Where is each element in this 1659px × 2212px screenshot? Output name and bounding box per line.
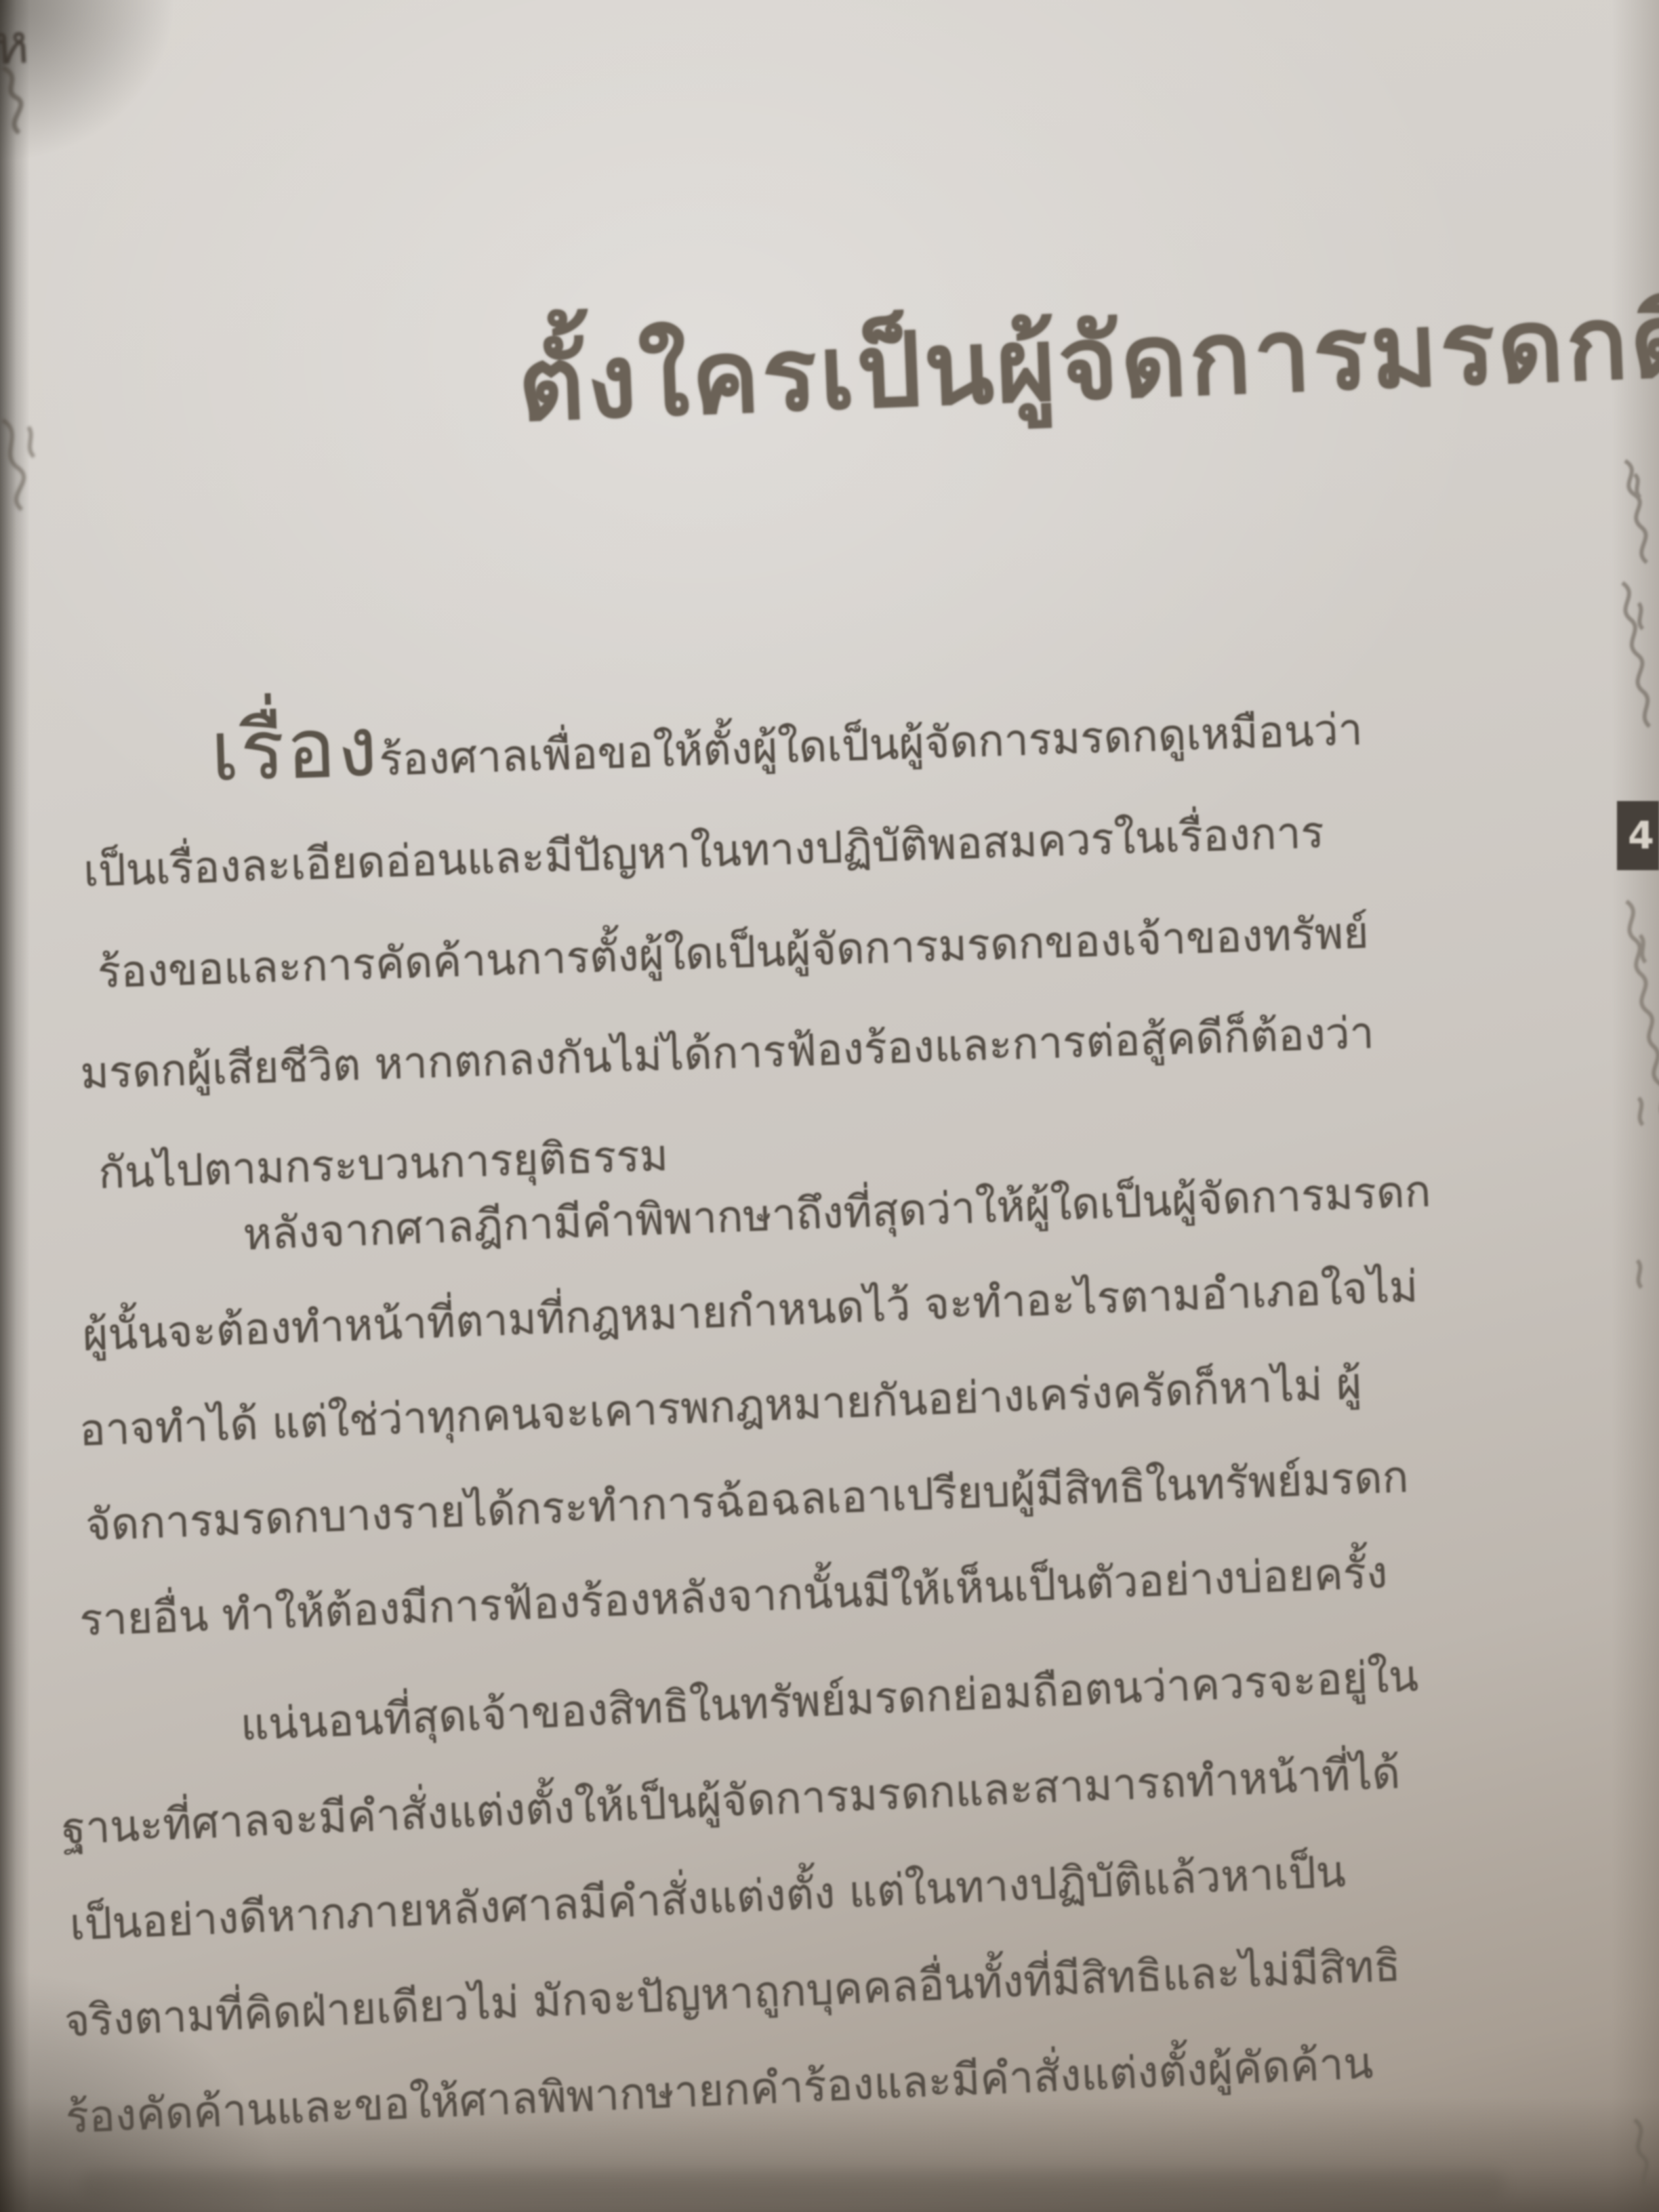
page-gutter-shadow xyxy=(0,0,30,2212)
text-line: เรื่องร้องศาลเพื่อขอให้ตั้งผู้ใดเป็นผู้จ… xyxy=(210,695,1364,800)
paragraph: เรื่องร้องศาลเพื่อขอให้ตั้งผู้ใดเป็นผู้จ… xyxy=(64,686,1643,735)
text-line: แน่นอนที่สุดเจ้าของสิทธิในทรัพย์มรดกย่อม… xyxy=(239,1641,1420,1759)
paragraph-lead: เรื่อง xyxy=(209,698,380,800)
margin-handwriting-script xyxy=(1607,895,1659,1423)
margin-handwriting-script xyxy=(1605,454,1659,793)
page-number-tab: 43 xyxy=(1617,801,1659,870)
margin-handwriting-script xyxy=(1621,2114,1659,2209)
line-text: ร้องศาลเพื่อขอให้ตั้งผู้ใดเป็นผู้จัดการม… xyxy=(378,705,1363,786)
text-line: ร้องขอและการคัดค้านการตั้งผู้ใดเป็นผู้จั… xyxy=(96,898,1370,1007)
text-line: มรดกผู้เสียชีวิต หากตกลงกันไม่ได้การฟ้อง… xyxy=(79,998,1375,1108)
text-line: จัดการมรดกบางรายได้กระทำการฉ้อฉลเอาเปรีย… xyxy=(84,1442,1410,1560)
text-line: เป็นเรื่องละเอียดอ่อนและมีปัญหาในทางปฏิบ… xyxy=(83,798,1326,905)
text-line: อาจทำได้ แต่ใช่ว่าทุกคนจะเคารพกฎหมายกันอ… xyxy=(78,1349,1363,1465)
text-line: ผู้นั้นจะต้องทำหน้าที่ตามที่กฎหมายกำหนดไ… xyxy=(81,1252,1419,1370)
text-line: รายอื่น ทำให้ต้องมีการฟ้องร้องหลังจากนั้… xyxy=(79,1538,1389,1655)
edge-scribble xyxy=(0,413,49,515)
edge-scribble xyxy=(0,62,43,144)
book-page-photo: ห ตั้งใครเป็นผู้จัดการมรดกดี เรื่องร้องศ… xyxy=(0,0,1659,2212)
chapter-title: ตั้งใครเป็นผู้จัดการมรดกดี xyxy=(515,264,1578,466)
page-number: 43 xyxy=(1628,814,1659,858)
